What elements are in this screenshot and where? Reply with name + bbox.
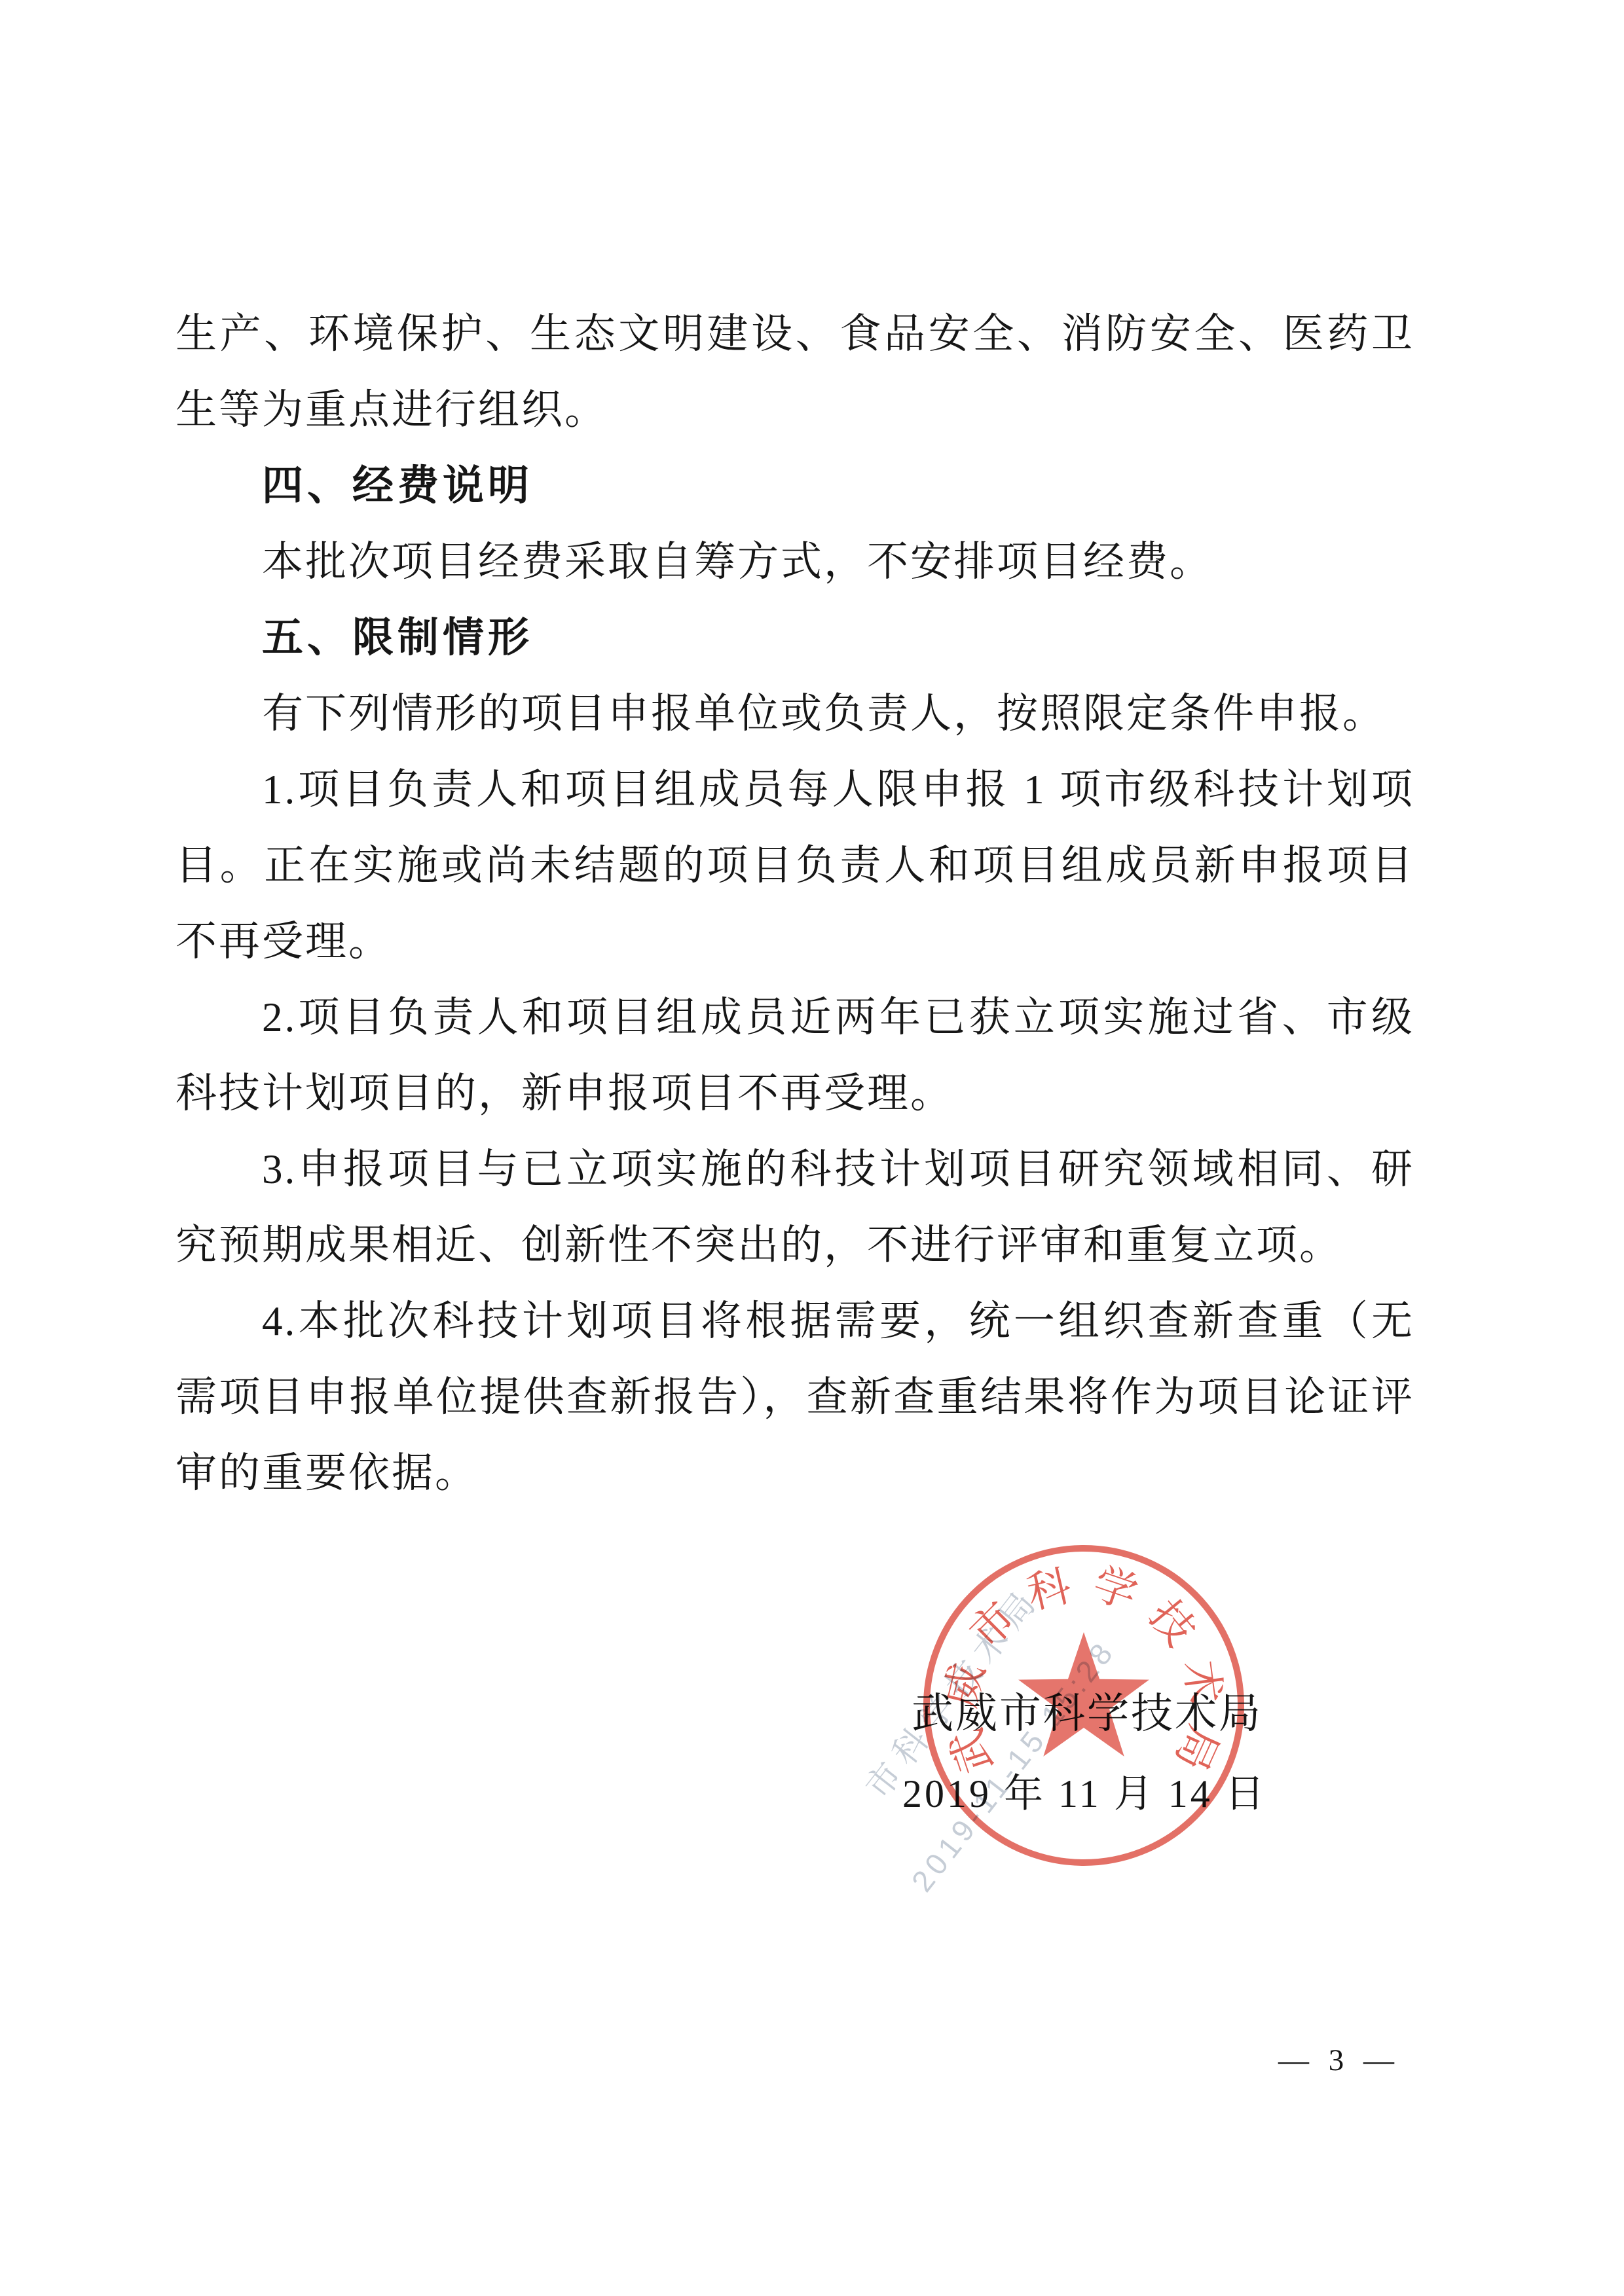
paragraph-restriction-2: 2.项目负责人和项目组成员近两年已获立项实施过省、市级科技计划项目的，新申报项目… [175,979,1414,1131]
document-body: 生产、环境保护、生态文明建设、食品安全、消防安全、医药卫生等为重点进行组织。 四… [175,296,1414,1511]
page-number: — 3 — [1278,2043,1394,2078]
section-heading-restrictions: 五、限制情形 [175,600,1414,676]
star-icon [1018,1632,1149,1757]
paragraph-restriction-1: 1.项目负责人和项目组成员每人限申报 1 项市级科技计划项目。正在实施或尚未结题… [175,752,1414,979]
paragraph-restrictions-intro: 有下列情形的项目申报单位或负责人，按照限定条件申报。 [175,676,1414,752]
paragraph-restriction-3: 3.申报项目与已立项实施的科技计划项目研究领域相同、研究预期成果相近、创新性不突… [175,1131,1414,1283]
paragraph-continuation: 生产、环境保护、生态文明建设、食品安全、消防安全、医药卫生等为重点进行组织。 [175,296,1414,448]
official-seal: 武威市科学技术局 [915,1537,1255,1876]
paragraph-restriction-4: 4.本批次科技计划项目将根据需要，统一组织查新查重（无需项目申报单位提供查新报告… [175,1283,1414,1511]
paragraph-funding: 本批次项目经费采取自筹方式，不安排项目经费。 [175,524,1414,600]
document-page: 生产、环境保护、生态文明建设、食品安全、消防安全、医药卫生等为重点进行组织。 四… [0,0,1624,2296]
section-heading-funding: 四、经费说明 [175,448,1414,524]
